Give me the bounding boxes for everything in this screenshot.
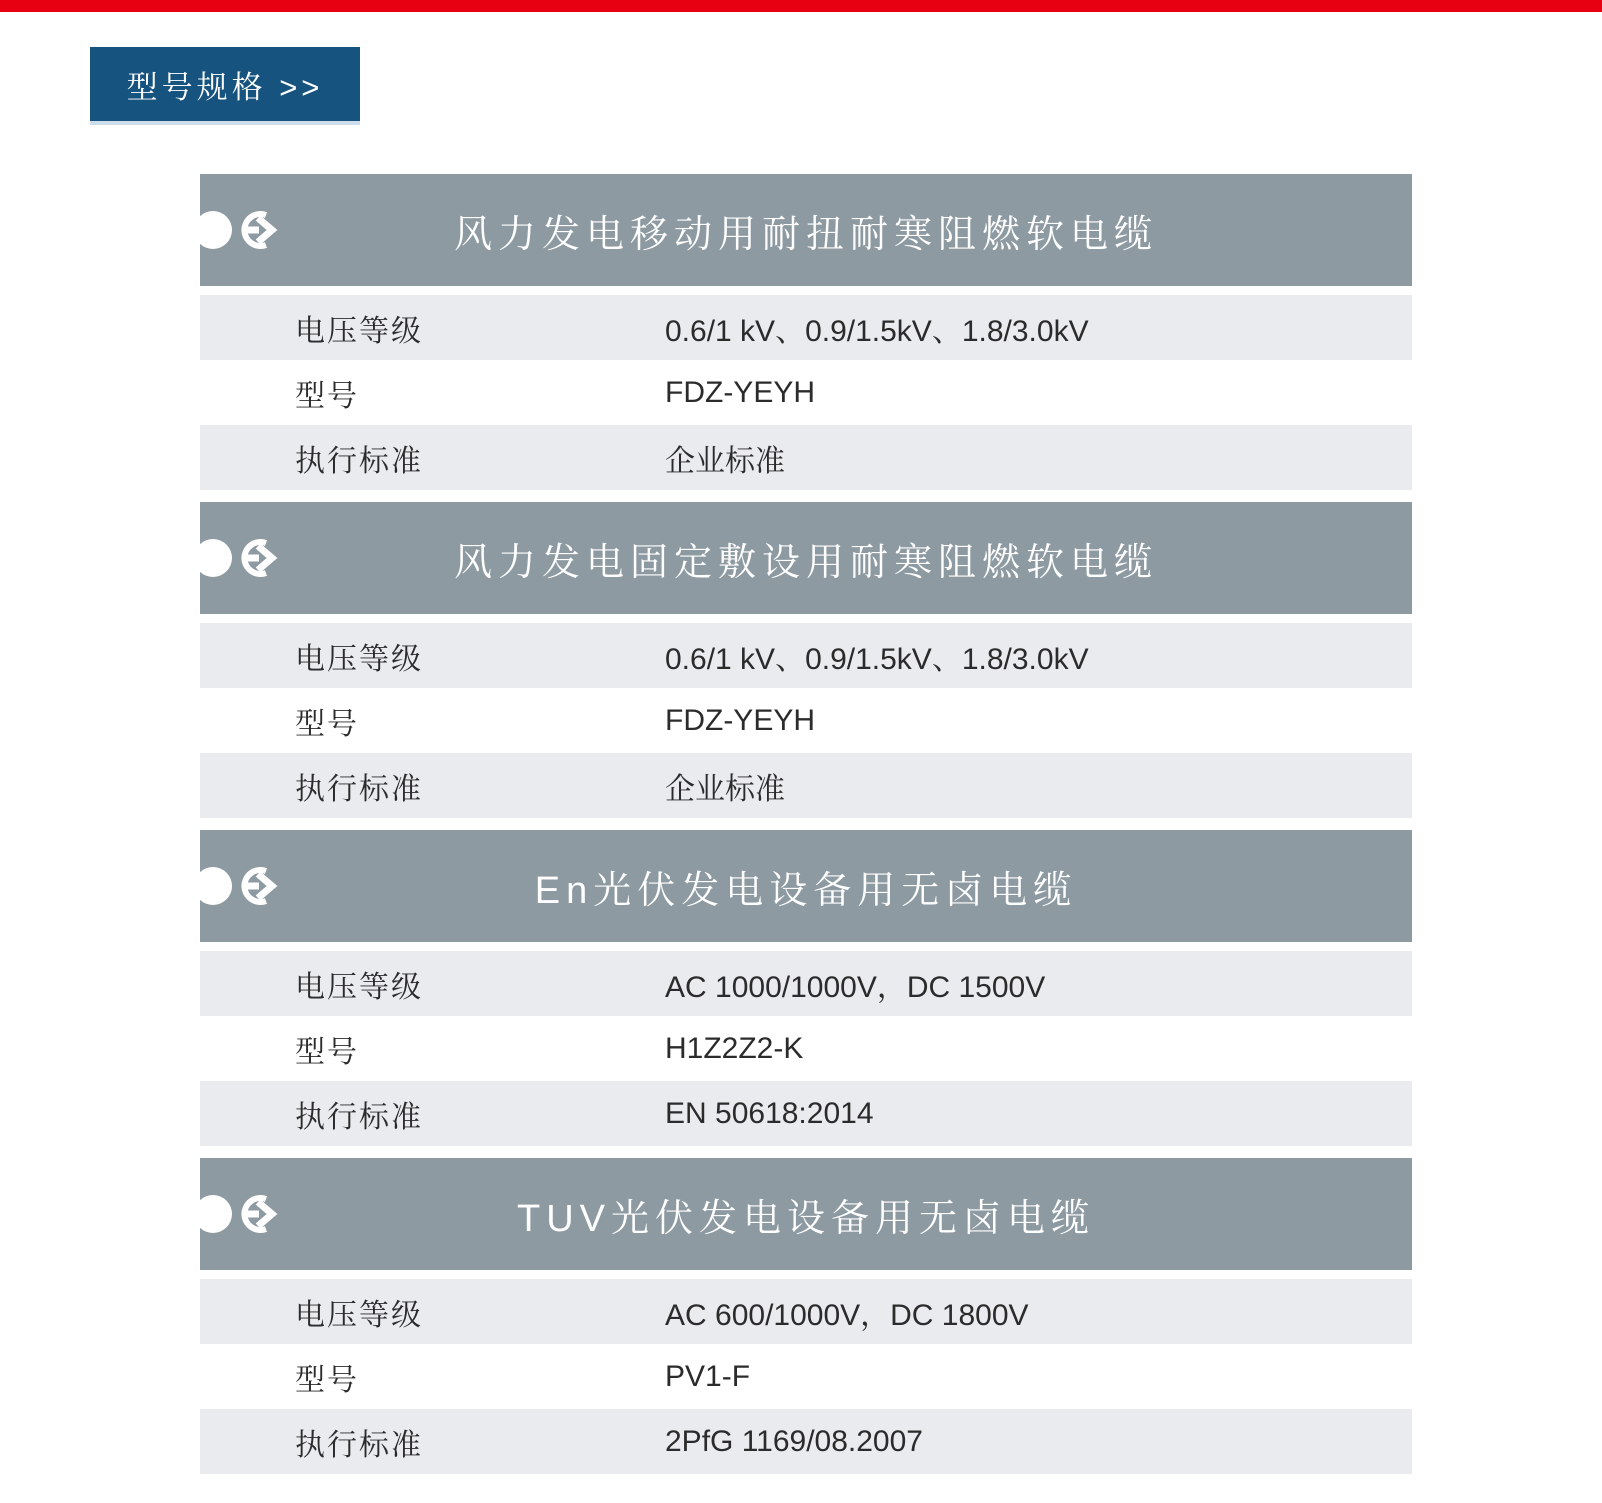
spec-value: PV1-F — [665, 1360, 750, 1394]
product-section: En光伏发电设备用无卤电缆 电压等级 AC 1000/1000V，DC 1500… — [200, 830, 1412, 1146]
spec-value: FDZ-YEYH — [665, 704, 815, 738]
disc-icon — [200, 211, 232, 249]
spec-value: 企业标准 — [665, 436, 785, 480]
spec-tables: 风力发电移动用耐扭耐寒阻燃软电缆 电压等级 0.6/1 kV、0.9/1.5kV… — [200, 174, 1412, 1486]
arrow-right-circle-icon — [237, 1192, 281, 1236]
section-header: 风力发电固定敷设用耐寒阻燃软电缆 — [200, 502, 1412, 614]
spec-value: H1Z2Z2-K — [665, 1032, 803, 1066]
product-section: TUV光伏发电设备用无卤电缆 电压等级 AC 600/1000V，DC 1800… — [200, 1158, 1412, 1474]
spec-row: 电压等级 0.6/1 kV、0.9/1.5kV、1.8/3.0kV — [200, 295, 1412, 360]
spec-value: 2PfG 1169/08.2007 — [665, 1425, 923, 1459]
spec-label: 电压等级 — [295, 306, 423, 350]
disc-icon — [200, 539, 232, 577]
disc-icon — [200, 867, 232, 905]
spec-label: 电压等级 — [295, 962, 423, 1006]
spec-value: EN 50618:2014 — [665, 1097, 874, 1131]
arrow-right-circle-icon — [237, 536, 281, 580]
badge-label: 型号规格 >> — [127, 62, 324, 107]
spec-label: 电压等级 — [295, 634, 423, 678]
product-section: 风力发电移动用耐扭耐寒阻燃软电缆 电压等级 0.6/1 kV、0.9/1.5kV… — [200, 174, 1412, 490]
section-header: TUV光伏发电设备用无卤电缆 — [200, 1158, 1412, 1270]
spec-value: 企业标准 — [665, 764, 785, 808]
spec-label: 电压等级 — [295, 1290, 423, 1334]
spec-label: 执行标准 — [295, 1420, 423, 1464]
spec-label: 型号 — [295, 699, 359, 743]
spec-value: 0.6/1 kV、0.9/1.5kV、1.8/3.0kV — [665, 634, 1089, 678]
arrow-right-circle-icon — [237, 864, 281, 908]
spec-row: 型号 FDZ-YEYH — [200, 360, 1412, 425]
spec-row: 执行标准 企业标准 — [200, 753, 1412, 818]
spec-label: 执行标准 — [295, 1092, 423, 1136]
spec-label: 型号 — [295, 1355, 359, 1399]
spec-row: 执行标准 EN 50618:2014 — [200, 1081, 1412, 1146]
section-title: 风力发电固定敷设用耐寒阻燃软电缆 — [454, 531, 1158, 586]
section-header: 风力发电移动用耐扭耐寒阻燃软电缆 — [200, 174, 1412, 286]
disc-icon — [200, 1195, 232, 1233]
product-section: 风力发电固定敷设用耐寒阻燃软电缆 电压等级 0.6/1 kV、0.9/1.5kV… — [200, 502, 1412, 818]
spec-row: 电压等级 AC 1000/1000V，DC 1500V — [200, 951, 1412, 1016]
section-title: En光伏发电设备用无卤电缆 — [535, 859, 1077, 914]
spec-row: 电压等级 AC 600/1000V，DC 1800V — [200, 1279, 1412, 1344]
spec-label: 型号 — [295, 1027, 359, 1071]
spec-row: 执行标准 2PfG 1169/08.2007 — [200, 1409, 1412, 1474]
spec-value: AC 1000/1000V，DC 1500V — [665, 962, 1045, 1006]
spec-value: AC 600/1000V，DC 1800V — [665, 1290, 1029, 1334]
spec-value: FDZ-YEYH — [665, 376, 815, 410]
spec-row: 型号 FDZ-YEYH — [200, 688, 1412, 753]
spec-row: 电压等级 0.6/1 kV、0.9/1.5kV、1.8/3.0kV — [200, 623, 1412, 688]
page-top-red-rule — [0, 0, 1602, 12]
section-header: En光伏发电设备用无卤电缆 — [200, 830, 1412, 942]
section-title: TUV光伏发电设备用无卤电缆 — [517, 1187, 1095, 1242]
section-title: 风力发电移动用耐扭耐寒阻燃软电缆 — [454, 203, 1158, 258]
spec-label: 执行标准 — [295, 764, 423, 808]
arrow-right-circle-icon — [237, 208, 281, 252]
spec-row: 执行标准 企业标准 — [200, 425, 1412, 490]
page-section-badge: 型号规格 >> — [90, 47, 360, 125]
spec-label: 型号 — [295, 371, 359, 415]
spec-value: 0.6/1 kV、0.9/1.5kV、1.8/3.0kV — [665, 306, 1089, 350]
spec-row: 型号 H1Z2Z2-K — [200, 1016, 1412, 1081]
spec-row: 型号 PV1-F — [200, 1344, 1412, 1409]
spec-label: 执行标准 — [295, 436, 423, 480]
